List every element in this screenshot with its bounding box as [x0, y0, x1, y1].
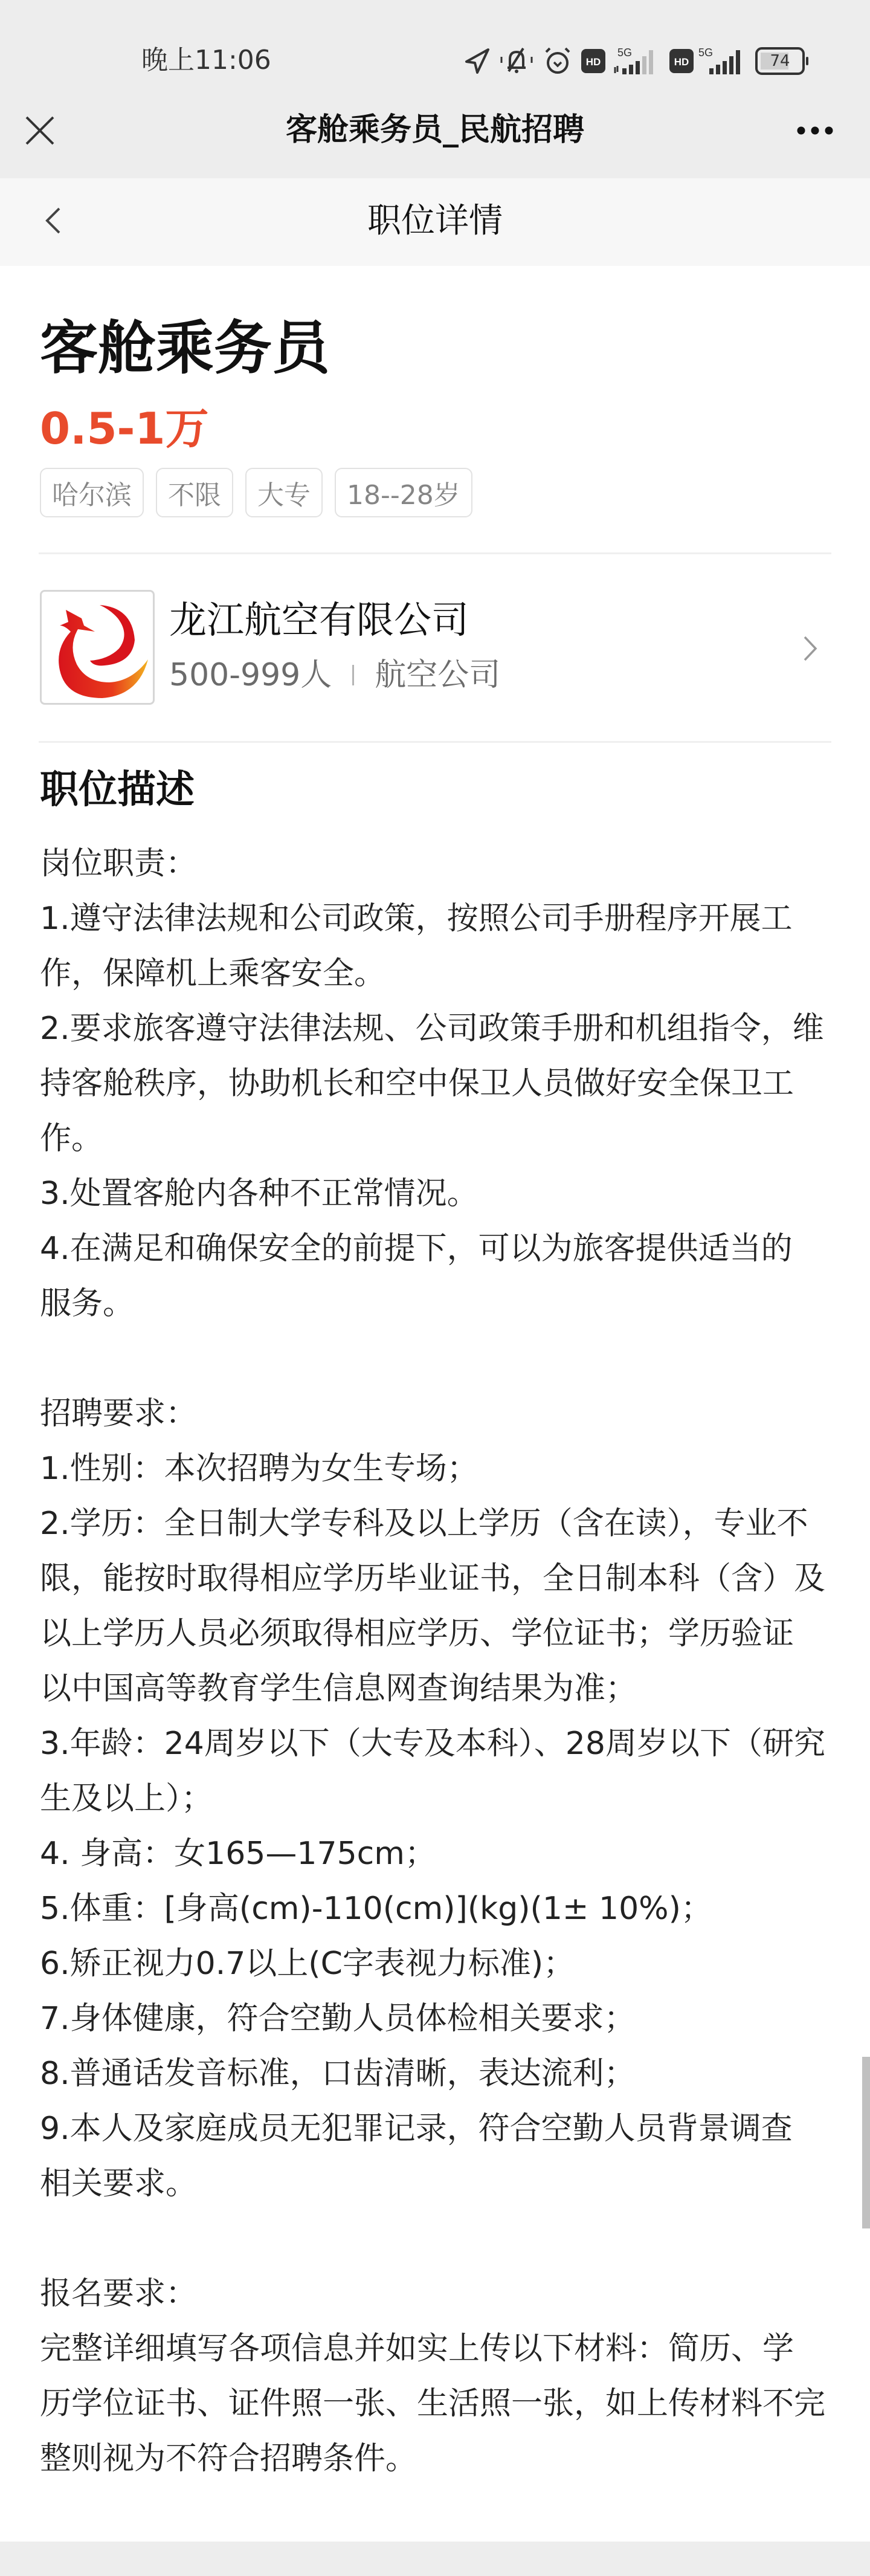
sub-header-title: 职位详情	[0, 201, 870, 241]
5g-signal-icon: 5G	[614, 45, 666, 77]
section-heading-description: 职位描述	[40, 763, 195, 817]
chevron-right-icon	[802, 635, 818, 662]
desc-line: 4. 身高：女165—175cm；	[40, 1827, 837, 1882]
scrollbar[interactable]	[862, 2057, 870, 2228]
desc-line: 报名要求：	[40, 2267, 837, 2322]
desc-line: 持客舱秩序，协助机长和空中保卫人员做好安全保卫工	[40, 1057, 837, 1112]
job-description: 岗位职责： 1.遵守法律法规和公司政策，按照公司手册程序开展工 作，保障机上乘客…	[40, 837, 837, 2487]
location-arrow-icon	[463, 46, 491, 76]
nav-bar: 客舱乘务员_民航招聘	[0, 91, 870, 178]
hd-icon: HD	[669, 47, 694, 76]
more-icon	[793, 121, 839, 140]
desc-line: 9.本人及家庭成员无犯罪记录，符合空勤人员背景调查	[40, 2102, 837, 2157]
desc-line	[40, 2212, 837, 2267]
job-salary: 0.5-1万	[40, 401, 209, 456]
desc-line: 岗位职责：	[40, 837, 837, 892]
tag-experience: 不限	[156, 468, 233, 517]
tag-age: 18--28岁	[335, 468, 472, 517]
desc-line: 1.遵守法律法规和公司政策，按照公司手册程序开展工	[40, 892, 837, 947]
alarm-icon	[543, 46, 573, 76]
desc-line: 生及以上）；	[40, 1772, 837, 1827]
desc-line: 4.在满足和确保安全的前提下，可以为旅客提供适当的	[40, 1222, 837, 1277]
company-size: 500-999人	[169, 655, 332, 695]
mute-bell-icon	[499, 46, 534, 76]
desc-line: 3.年龄：24周岁以下（大专及本科）、28周岁以下（研究	[40, 1717, 837, 1772]
5g-signal-icon: 5G	[697, 45, 746, 77]
company-card[interactable]: 龙江航空有限公司 500-999人 航空公司	[40, 590, 831, 705]
desc-line: 完整详细填写各项信息并如实上传以下材料：简历、学	[40, 2322, 837, 2377]
desc-line: 招聘要求：	[40, 1387, 837, 1442]
desc-line: 2.学历：全日制大学专科及以上学历（含在读），专业不	[40, 1497, 837, 1552]
job-title: 客舱乘务员	[40, 312, 330, 384]
svg-text:HD: HD	[586, 56, 601, 68]
desc-line: 服务。	[40, 1277, 837, 1332]
status-bar: 晚上11:06 HD 5G HD 5G 74	[0, 0, 870, 91]
more-button[interactable]	[793, 121, 839, 140]
desc-line: 7.身体健康，符合空勤人员体检相关要求；	[40, 1992, 837, 2047]
job-tags: 哈尔滨 不限 大专 18--28岁	[40, 468, 472, 517]
desc-line: 8.普通话发音标准，口齿清晰，表达流利；	[40, 2047, 837, 2102]
desc-line: 3.处置客舱内各种不正常情况。	[40, 1167, 837, 1222]
sub-header: 职位详情	[0, 178, 870, 266]
battery-icon: 74	[755, 46, 810, 76]
page-title: 客舱乘务员_民航招聘	[0, 109, 870, 151]
meta-separator	[352, 665, 354, 685]
tag-education: 大专	[245, 468, 323, 517]
status-icons: HD 5G HD 5G 74	[463, 46, 810, 76]
bottom-band	[0, 2542, 870, 2576]
desc-line: 1.性别：本次招聘为女生专场；	[40, 1442, 837, 1497]
desc-line: 2.要求旅客遵守法律法规、公司政策手册和机组指令，维	[40, 1002, 837, 1057]
svg-text:HD: HD	[674, 56, 689, 68]
company-meta: 500-999人 航空公司	[169, 655, 500, 695]
phoenix-logo-icon	[42, 592, 153, 703]
tag-location: 哈尔滨	[40, 468, 144, 517]
status-time: 晚上11:06	[141, 45, 271, 76]
divider	[39, 741, 831, 743]
desc-line: 6.矫正视力0.7以上(C字表视力标准)；	[40, 1937, 837, 1992]
desc-line	[40, 1332, 837, 1387]
hd-icon: HD	[581, 47, 605, 76]
company-logo	[40, 590, 155, 705]
desc-line: 相关要求。	[40, 2157, 837, 2212]
desc-line: 历学位证书、证件照一张、生活照一张，如上传材料不完	[40, 2377, 837, 2432]
battery-level: 74	[760, 50, 800, 72]
svg-text:5G: 5G	[698, 47, 713, 59]
divider	[39, 552, 831, 554]
desc-line: 限，能按时取得相应学历毕业证书，全日制本科（含）及	[40, 1552, 837, 1607]
desc-line: 作。	[40, 1112, 837, 1167]
company-industry: 航空公司	[375, 655, 500, 695]
desc-line: 整则视为不符合招聘条件。	[40, 2432, 837, 2487]
desc-line: 作，保障机上乘客安全。	[40, 947, 837, 1002]
desc-line: 以中国高等教育学生信息网查询结果为准；	[40, 1662, 837, 1717]
desc-line: 以上学历人员必须取得相应学历、学位证书；学历验证	[40, 1607, 837, 1662]
svg-text:5G: 5G	[617, 47, 632, 59]
company-name: 龙江航空有限公司	[169, 596, 469, 644]
desc-line: 5.体重：[身高(cm)-110(cm)](kg)(1± 10%)；	[40, 1882, 837, 1937]
